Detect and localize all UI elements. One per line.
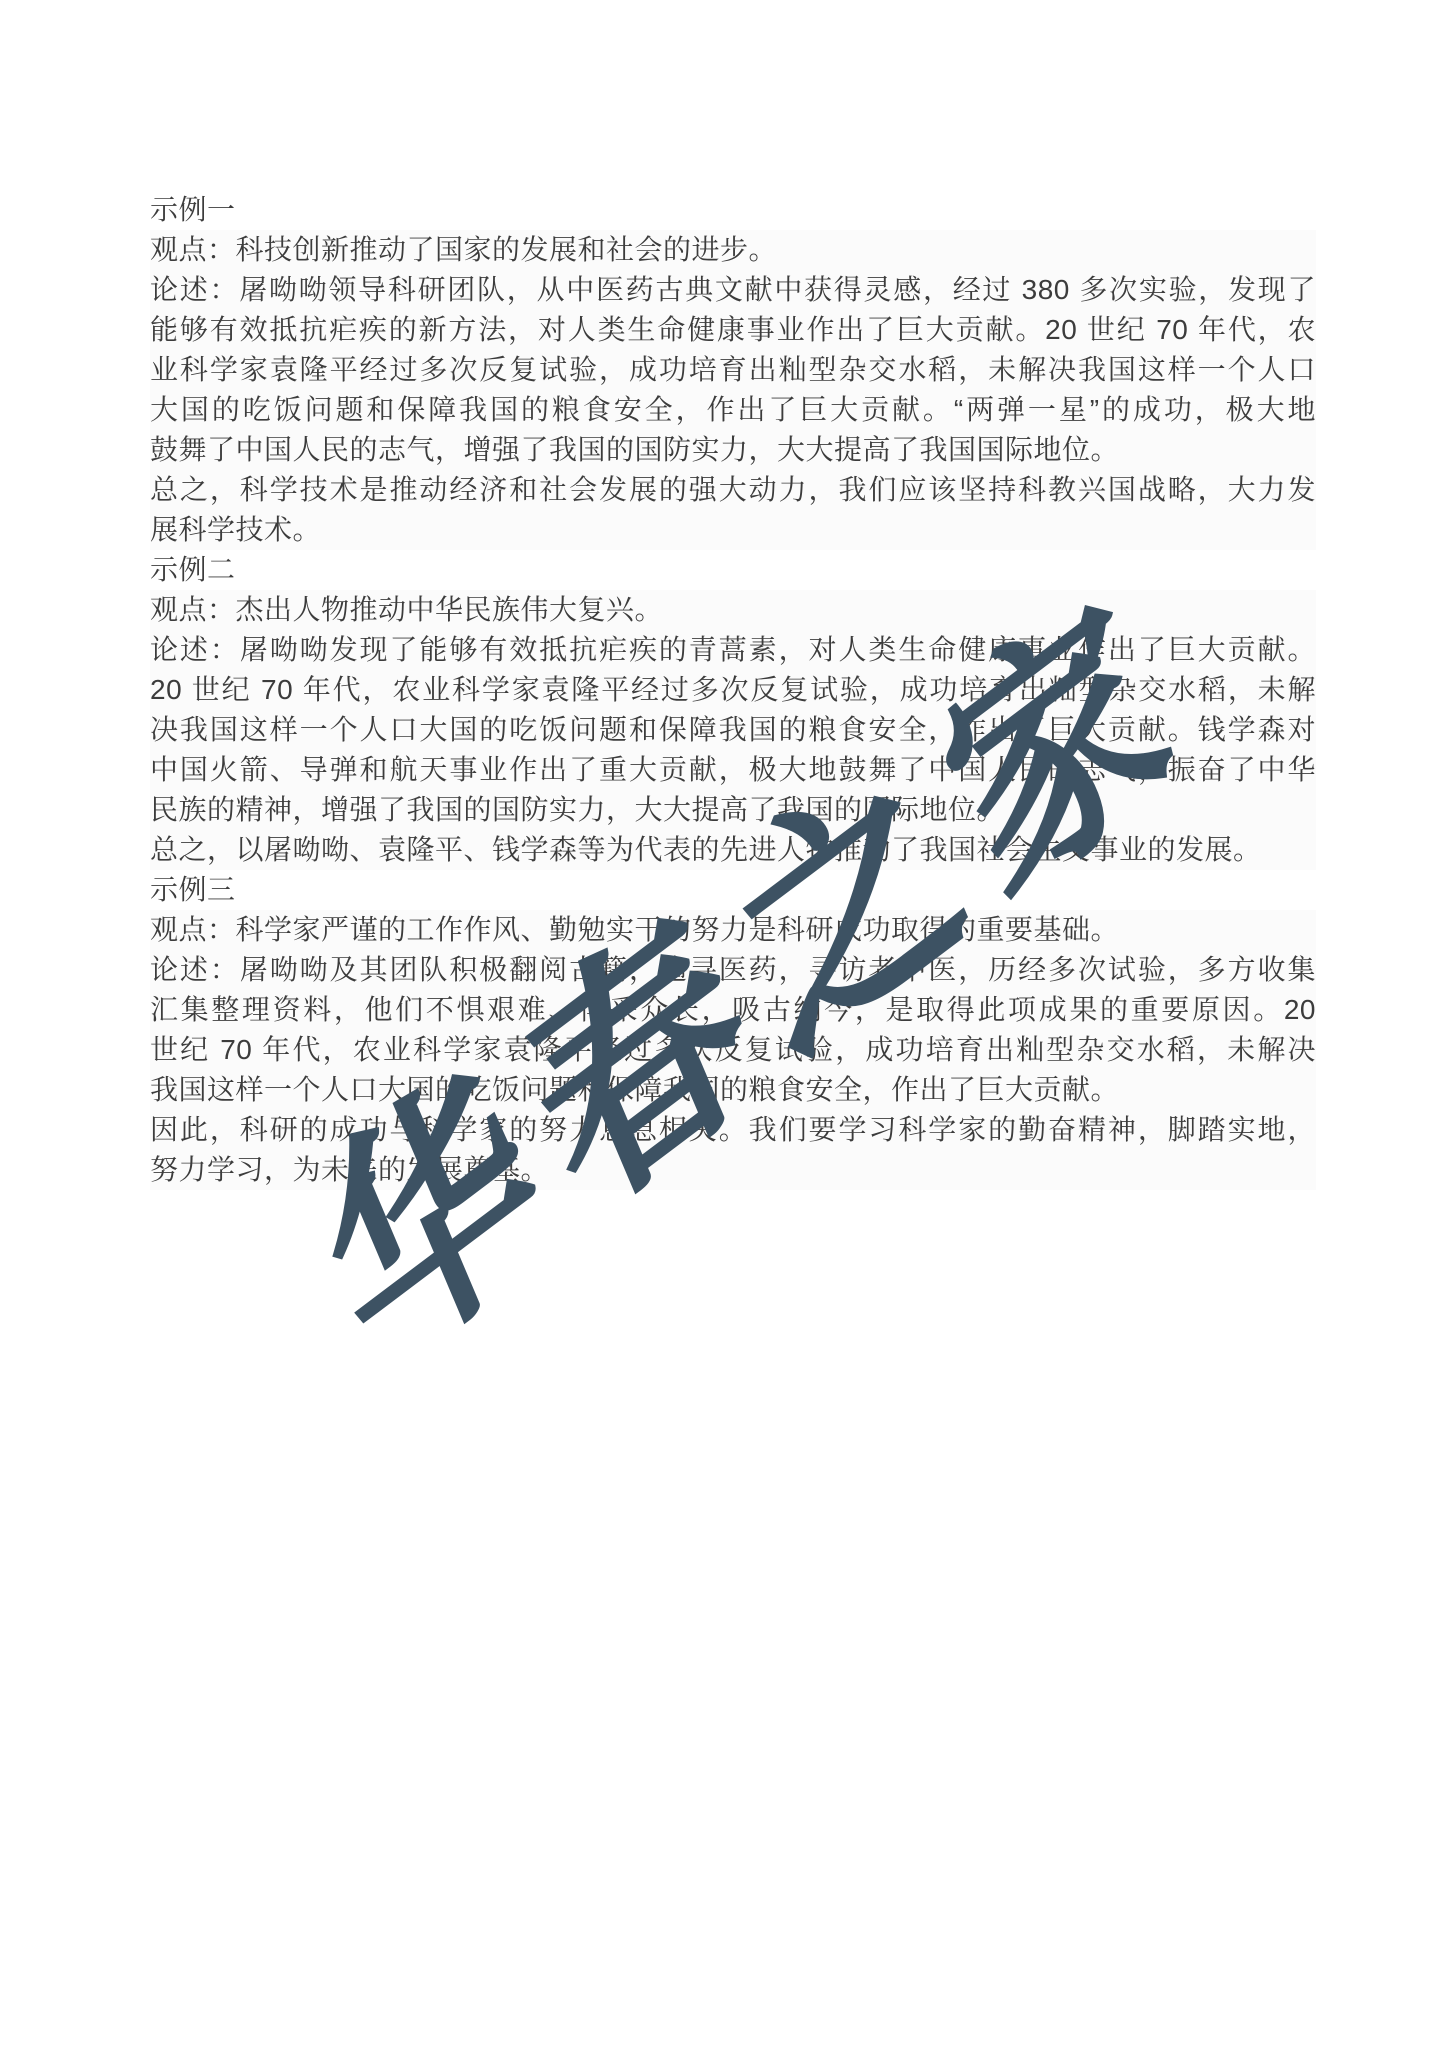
text-line: 能够有效抵抗疟疾的新方法，对人类生命健康事业作出了巨大贡献。20 世纪 70 年… xyxy=(150,310,1316,350)
text-line: 中国火箭、导弹和航天事业作出了重大贡献，极大地鼓舞了中国人民的志气，振奋了中华 xyxy=(150,750,1316,790)
text-line: 大国的吃饭问题和保障我国的粮食安全，作出了巨大贡献。“两弹一星”的成功，极大地 xyxy=(150,390,1316,430)
text-line: 民族的精神，增强了我国的国防实力，大大提高了我国的国际地位。 xyxy=(150,790,1316,830)
section-heading: 示例一 xyxy=(150,190,1316,230)
document-body: 示例一观点：科技创新推动了国家的发展和社会的进步。论述：屠呦呦领导科研团队，从中… xyxy=(150,190,1316,1190)
text-line: 总之，科学技术是推动经济和社会发展的强大动力，我们应该坚持科教兴国战略，大力发 xyxy=(150,470,1316,510)
text-line: 论述：屠呦呦发现了能够有效抵抗疟疾的青蒿素，对人类生命健康事业作出了巨大贡献。 xyxy=(150,630,1316,670)
section-heading: 示例三 xyxy=(150,870,1316,910)
text-line: 努力学习，为未来的发展奠基。 xyxy=(150,1150,1316,1190)
text-line: 我国这样一个人口大国的吃饭问题和保障我国的粮食安全，作出了巨大贡献。 xyxy=(150,1070,1316,1110)
text-line: 世纪 70 年代，农业科学家袁隆平经过多次反复试验，成功培育出籼型杂交水稻，未解… xyxy=(150,1030,1316,1070)
text-line: 观点：科技创新推动了国家的发展和社会的进步。 xyxy=(150,230,1316,270)
text-line: 因此，科研的成功与科学家的努力息息相关。我们要学习科学家的勤奋精神，脚踏实地， xyxy=(150,1110,1316,1150)
text-line: 业科学家袁隆平经过多次反复试验，成功培育出籼型杂交水稻，未解决我国这样一个人口 xyxy=(150,350,1316,390)
text-line: 论述：屠呦呦领导科研团队，从中医药古典文献中获得灵感，经过 380 多次实验，发… xyxy=(150,270,1316,310)
text-line: 展科学技术。 xyxy=(150,510,1316,550)
text-line: 观点：科学家严谨的工作作风、勤勉实干的努力是科研成功取得的重要基础。 xyxy=(150,910,1316,950)
text-line: 论述：屠呦呦及其团队积极翻阅古籍，遍寻医药，寻访老中医，历经多次试验，多方收集 xyxy=(150,950,1316,990)
text-line: 汇集整理资料，他们不惧艰难、博采众长，吸古纳今，是取得此项成果的重要原因。20 xyxy=(150,990,1316,1030)
document-page: 示例一观点：科技创新推动了国家的发展和社会的进步。论述：屠呦呦领导科研团队，从中… xyxy=(0,0,1450,2048)
text-line: 决我国这样一个人口大国的吃饭问题和保障我国的粮食安全，作出了巨大贡献。钱学森对 xyxy=(150,710,1316,750)
text-line: 总之，以屠呦呦、袁隆平、钱学森等为代表的先进人物推动了我国社会主义事业的发展。 xyxy=(150,830,1316,870)
text-line: 鼓舞了中国人民的志气，增强了我国的国防实力，大大提高了我国国际地位。 xyxy=(150,430,1316,470)
text-line: 20 世纪 70 年代，农业科学家袁隆平经过多次反复试验，成功培育出籼型杂交水稻… xyxy=(150,670,1316,710)
section-heading: 示例二 xyxy=(150,550,1316,590)
text-line: 观点：杰出人物推动中华民族伟大复兴。 xyxy=(150,590,1316,630)
